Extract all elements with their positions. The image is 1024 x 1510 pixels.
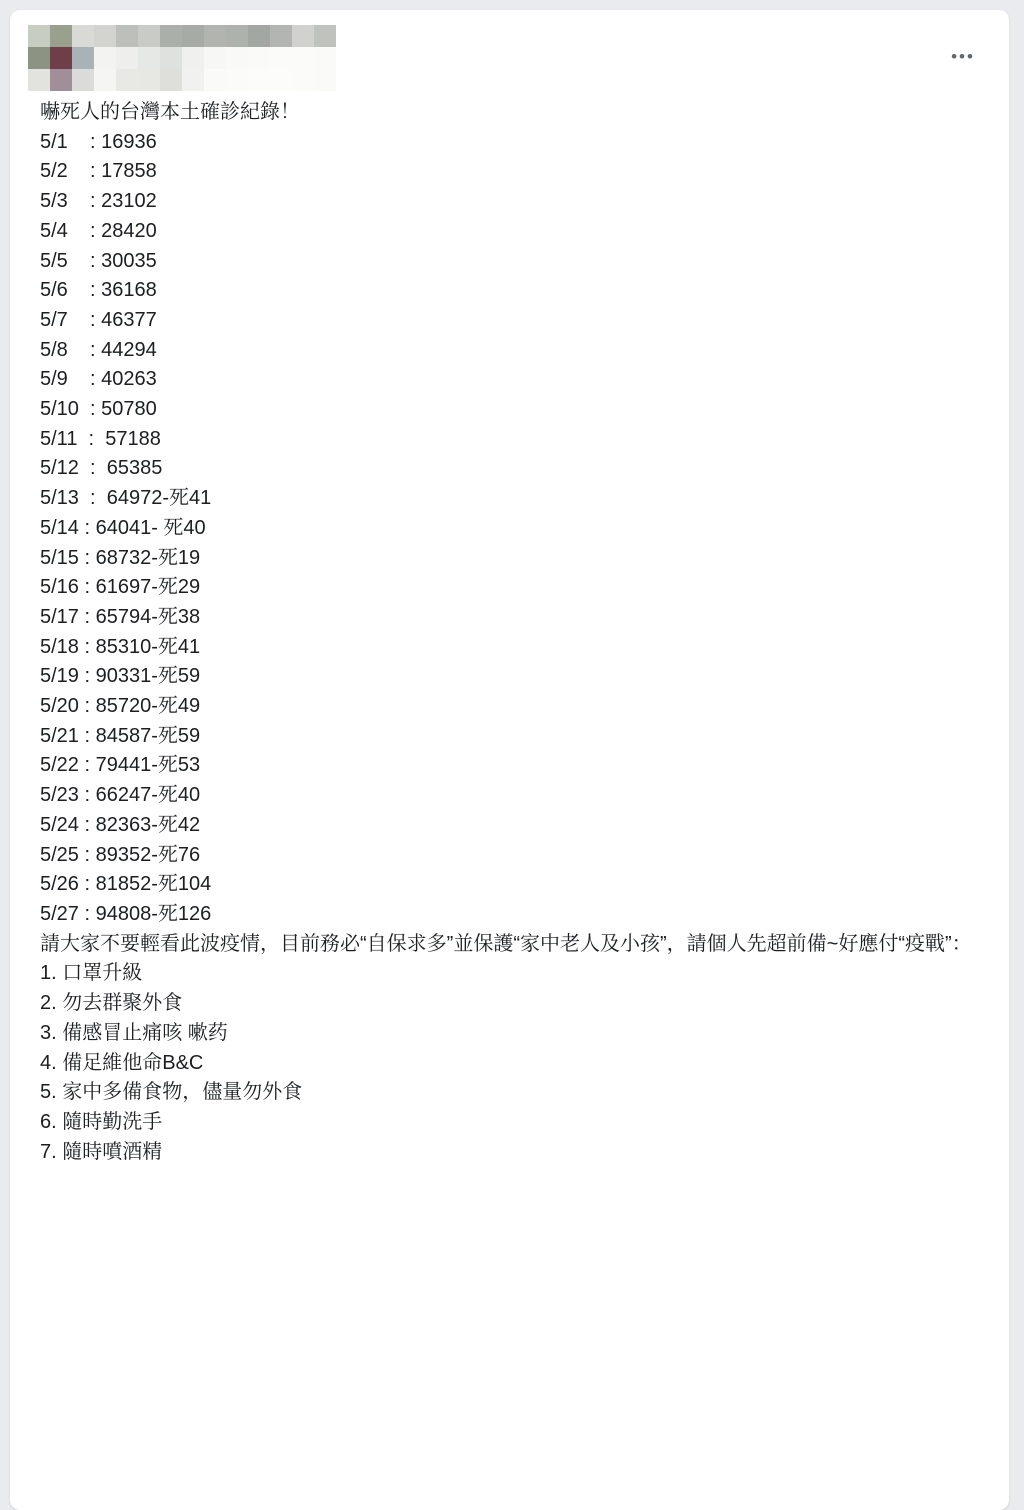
mosaic-pixel [270,25,292,47]
post-card: ••• 嚇死人的台灣本土確診紀錄！ 5/1 : 169365/2 : 17858… [10,10,1009,1176]
mosaic-pixel [116,25,138,47]
case-line: 5/8 : 44294 [40,336,992,366]
mosaic-pixel [28,47,50,69]
case-line: 5/27 : 94808-死126 [40,900,992,930]
mosaic-pixel [138,69,160,91]
mosaic-pixel [50,47,72,69]
mosaic-pixel [116,47,138,69]
case-line: 5/5 : 30035 [40,247,992,277]
case-line: 5/4 : 28420 [40,217,992,247]
case-line: 5/3 : 23102 [40,187,992,217]
mosaic-pixel [28,69,50,91]
case-line: 5/18 : 85310-死41 [40,633,992,663]
case-line: 5/6 : 36168 [40,276,992,306]
post-header: ••• [10,10,1009,90]
mosaic-pixel [160,69,182,91]
case-line: 5/21 : 84587-死59 [40,722,992,752]
mosaic-pixel [160,47,182,69]
case-line: 5/1 : 16936 [40,128,992,158]
tip-line: 5. 家中多備食物，儘量勿外食 [40,1078,992,1108]
post-title: 嚇死人的台灣本土確診紀錄！ [40,98,992,128]
mosaic-pixel [72,47,94,69]
case-count-list: 5/1 : 169365/2 : 178585/3 : 231025/4 : 2… [40,128,992,930]
ellipsis-icon: ••• [951,47,975,66]
mosaic-pixel [182,25,204,47]
mosaic-pixel [138,47,160,69]
case-line: 5/7 : 46377 [40,306,992,336]
mosaic-pixel [204,47,226,69]
redacted-author-mosaic [28,25,336,91]
mosaic-pixel [50,25,72,47]
mosaic-pixel [248,47,270,69]
mosaic-pixel [94,25,116,47]
case-line: 5/24 : 82363-死42 [40,811,992,841]
case-line: 5/15 : 68732-死19 [40,544,992,574]
case-line: 5/14 : 64041- 死40 [40,514,992,544]
mosaic-pixel [28,25,50,47]
mosaic-pixel [94,47,116,69]
mosaic-pixel [270,47,292,69]
tip-line: 2. 勿去群聚外食 [40,989,992,1019]
post-body: 嚇死人的台灣本土確診紀錄！ 5/1 : 169365/2 : 178585/3 … [40,98,992,1167]
case-line: 5/12 : 65385 [40,454,992,484]
case-line: 5/2 : 17858 [40,157,992,187]
mosaic-pixel [314,25,336,47]
mosaic-pixel [94,69,116,91]
mosaic-pixel [270,69,292,91]
mosaic-pixel [182,47,204,69]
mosaic-pixel [182,69,204,91]
advice-paragraph: 請大家不要輕看此波疫情，目前務必“自保求多”並保護“家中老人及小孩”，請個人先超… [40,930,992,960]
case-line: 5/9 : 40263 [40,365,992,395]
mosaic-pixel [248,25,270,47]
case-line: 5/17 : 65794-死38 [40,603,992,633]
mosaic-pixel [204,69,226,91]
case-line: 5/26 : 81852-死104 [40,870,992,900]
mosaic-pixel [204,25,226,47]
mosaic-pixel [50,69,72,91]
tip-line: 6. 隨時勤洗手 [40,1108,992,1138]
case-line: 5/23 : 66247-死40 [40,781,992,811]
mosaic-pixel [248,69,270,91]
mosaic-pixel [314,69,336,91]
tip-line: 7. 隨時噴酒精 [40,1138,992,1168]
tips-list: 1. 口罩升級2. 勿去群聚外食3. 備感冒止痛咳 嗽药4. 備足維他命B&C5… [40,959,992,1167]
mosaic-pixel [226,25,248,47]
mosaic-pixel [226,47,248,69]
tip-line: 3. 備感冒止痛咳 嗽药 [40,1019,992,1049]
mosaic-pixel [160,25,182,47]
mosaic-pixel [138,25,160,47]
mosaic-pixel [292,47,314,69]
tip-line: 1. 口罩升級 [40,959,992,989]
mosaic-pixel [292,25,314,47]
more-options-button[interactable]: ••• [941,42,985,72]
mosaic-pixel [314,47,336,69]
mosaic-pixel [72,25,94,47]
case-line: 5/22 : 79441-死53 [40,751,992,781]
mosaic-pixel [116,69,138,91]
case-line: 5/13 : 64972-死41 [40,484,992,514]
case-line: 5/16 : 61697-死29 [40,573,992,603]
case-line: 5/20 : 85720-死49 [40,692,992,722]
mosaic-pixel [226,69,248,91]
mosaic-pixel [72,69,94,91]
mosaic-pixel [292,69,314,91]
case-line: 5/25 : 89352-死76 [40,841,992,871]
case-line: 5/19 : 90331-死59 [40,662,992,692]
case-line: 5/10 : 50780 [40,395,992,425]
case-line: 5/11 : 57188 [40,425,992,455]
tip-line: 4. 備足維他命B&C [40,1049,992,1079]
